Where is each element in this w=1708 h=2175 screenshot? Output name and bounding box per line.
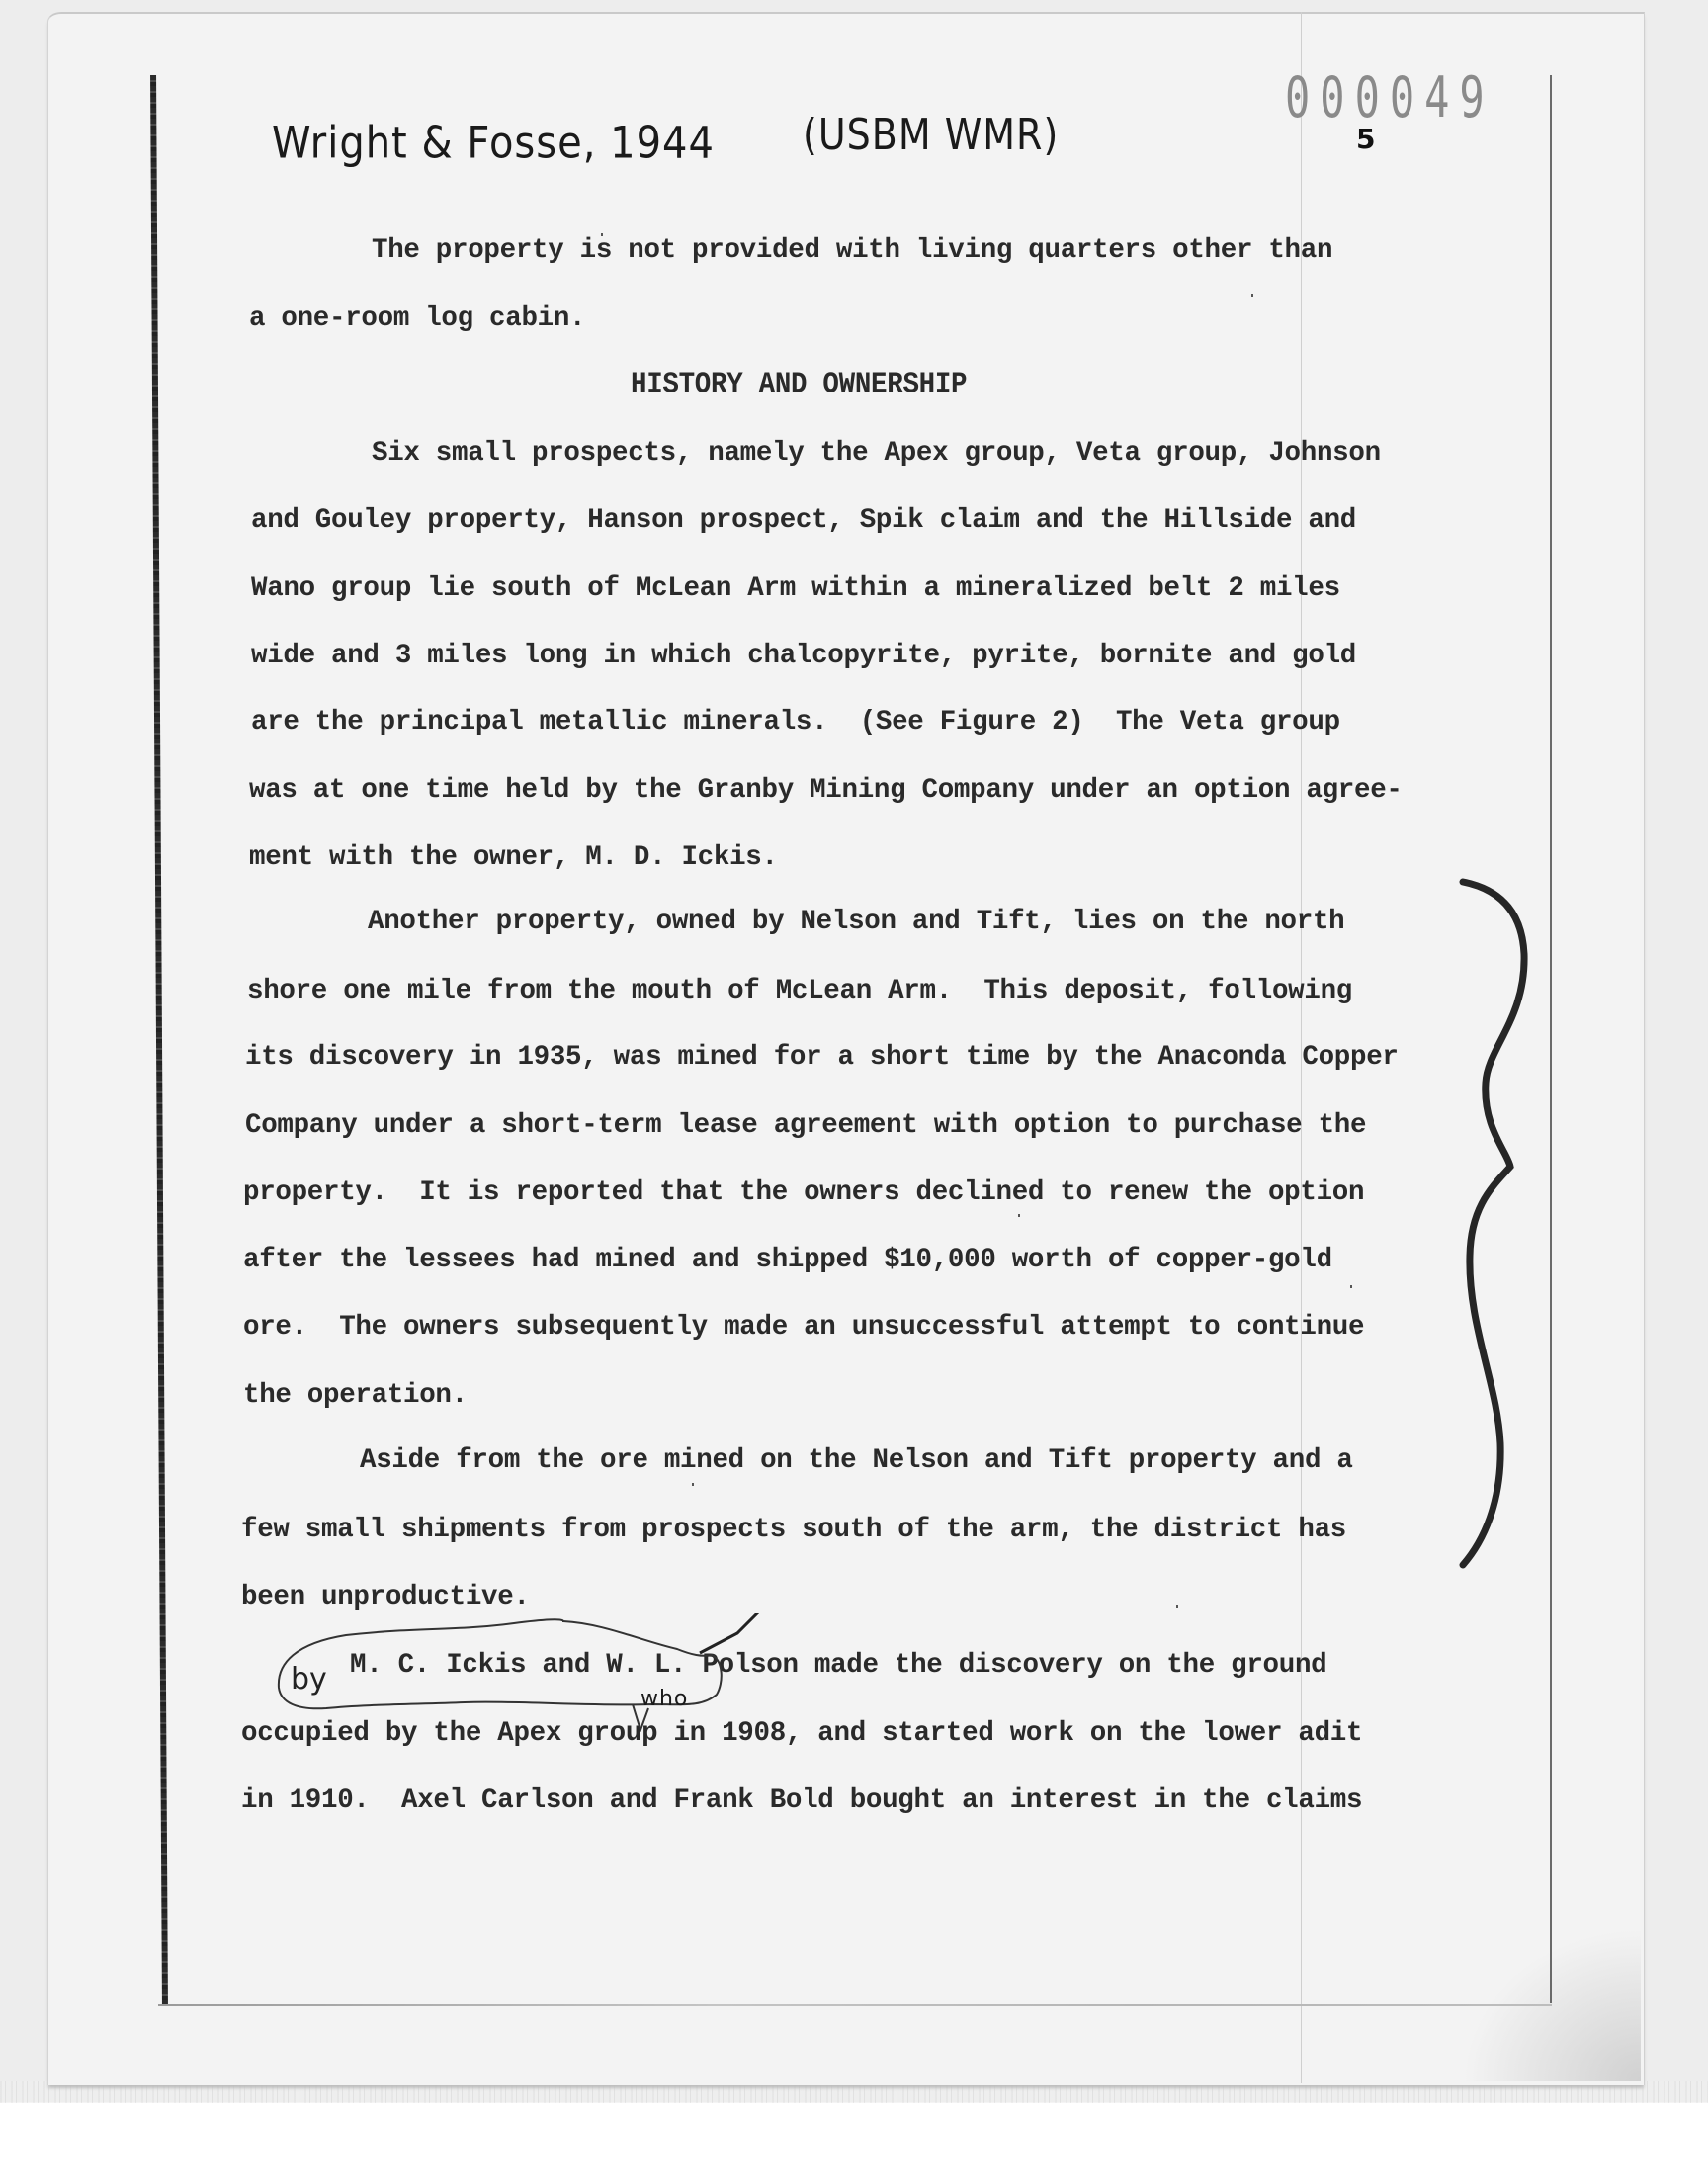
scan-speck	[1018, 1214, 1020, 1217]
text-line: been unproductive.	[241, 1582, 530, 1612]
text-line: Aside from the ore mined on the Nelson a…	[360, 1445, 1353, 1476]
text-line: and Gouley property, Hanson prospect, Sp…	[251, 505, 1356, 536]
scan-speck	[692, 1483, 694, 1486]
annotation-prefix: by	[291, 1662, 327, 1696]
text-line: shore one mile from the mouth of McLean …	[247, 976, 1352, 1006]
text-line: are the principal metallic minerals. (Se…	[251, 707, 1340, 738]
text-line: its discovery in 1935, was mined for a s…	[245, 1042, 1399, 1073]
scan-speck	[1251, 294, 1253, 297]
text-line: wide and 3 miles long in which chalcopyr…	[251, 641, 1356, 671]
scan-speck	[1350, 1285, 1352, 1288]
section-heading: HISTORY AND OWNERSHIP	[631, 368, 967, 401]
handwritten-citation: Wright & Fosse, 1944	[272, 118, 715, 169]
margin-bracket-icon	[1453, 870, 1562, 1582]
text-line: Wano group lie south of McLean Arm withi…	[251, 573, 1340, 604]
scan-speck	[601, 233, 603, 236]
text-line: in 1910. Axel Carlson and Frank Bold bou…	[241, 1785, 1362, 1816]
text-line: a one-room log cabin.	[249, 304, 585, 334]
scan-speck	[1176, 1605, 1178, 1608]
handwritten-source-note: (USBM WMR)	[803, 110, 1059, 160]
inserted-word: who	[640, 1687, 688, 1711]
text-line: The property is not provided with living…	[372, 235, 1332, 266]
text-line: few small shipments from prospects south…	[241, 1515, 1346, 1545]
bottom-margin-rule	[158, 2004, 1552, 2006]
circled-insert-annotation: by	[267, 1613, 1018, 1732]
text-line: Another property, owned by Nelson and Ti…	[368, 907, 1344, 937]
text-line: ment with the owner, M. D. Ickis.	[249, 842, 778, 873]
text-line: after the lessees had mined and shipped …	[243, 1245, 1332, 1275]
bates-stamp-number: 000049	[1285, 64, 1494, 130]
text-line: property. It is reported that the owners…	[243, 1177, 1364, 1208]
text-line: ore. The owners subsequently made an uns…	[243, 1312, 1364, 1343]
text-line: Six small prospects, namely the Apex gro…	[372, 438, 1381, 469]
text-line: was at one time held by the Granby Minin…	[249, 775, 1403, 806]
page-number: 5	[1356, 123, 1375, 155]
text-line: Company under a short-term lease agreeme…	[245, 1110, 1366, 1141]
text-line: the operation.	[243, 1380, 468, 1411]
